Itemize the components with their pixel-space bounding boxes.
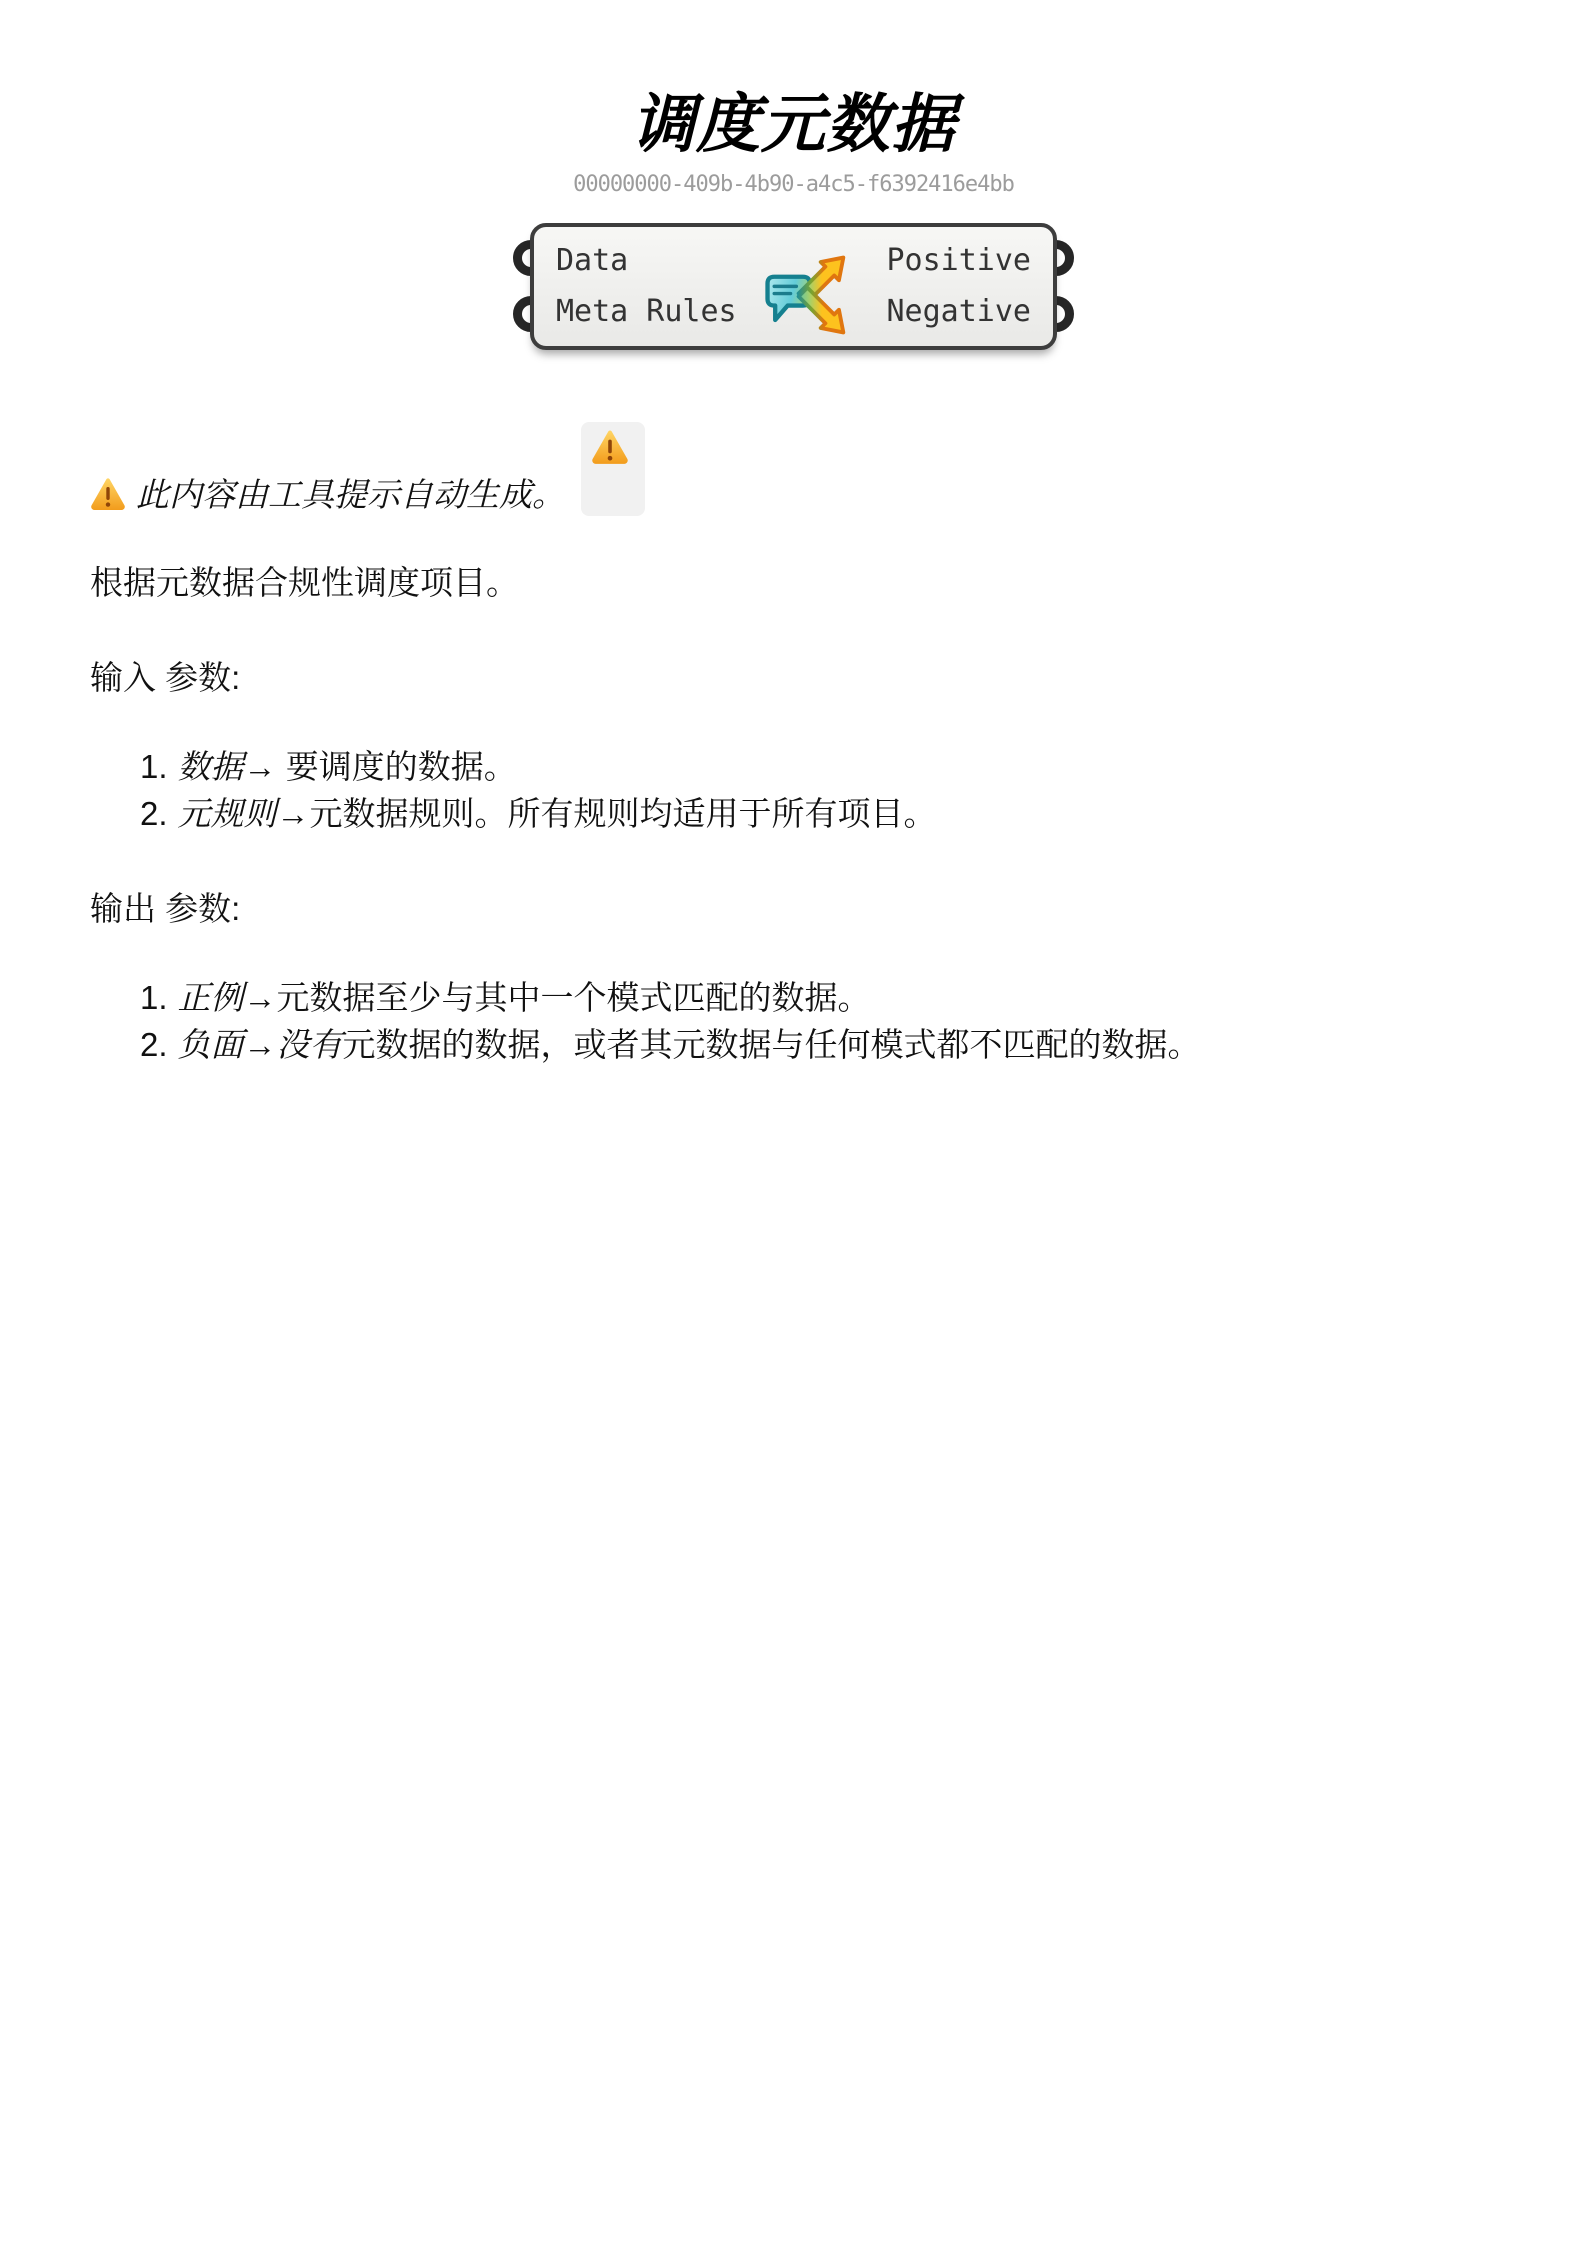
output-label-negative: Negative xyxy=(887,294,1032,329)
outputs-list: 1.正例→元数据至少与其中一个模式匹配的数据。 2.负面→没有元数据的数据，或者… xyxy=(90,974,1497,1068)
param-description: →元数据规则。所有规则均适用于所有项目。 xyxy=(277,795,937,832)
page-title: 调度元数据 xyxy=(90,88,1497,162)
outputs-heading: 输出 参数: xyxy=(90,883,1497,930)
input-label-data: Data xyxy=(556,243,737,278)
input-label-meta-rules: Meta Rules xyxy=(556,294,737,329)
param-description: → 要调度的数据。 xyxy=(244,748,517,785)
list-item: 2.负面→没有元数据的数据，或者其元数据与任何模式都不匹配的数据。 xyxy=(140,1021,1497,1068)
notice-text: 此内容由工具提示自动生成。 xyxy=(136,476,565,513)
warning-triangle-icon xyxy=(581,422,645,516)
param-name: 负面→没有 xyxy=(178,1026,343,1063)
component-input-labels: Data Meta Rules xyxy=(556,235,737,338)
component-uuid: 00000000-409b-4b90-a4c5-f6392416e4bb xyxy=(90,172,1497,197)
list-number: 2. xyxy=(140,1021,168,1068)
list-number: 2. xyxy=(140,790,168,837)
param-name: 元规则 xyxy=(178,795,277,832)
document-page: 调度元数据 00000000-409b-4b90-a4c5-f6392416e4… xyxy=(0,0,1587,1068)
param-name: 数据 xyxy=(178,748,244,785)
inputs-heading: 输入 参数: xyxy=(90,652,1497,699)
component-description: 根据元数据合规性调度项目。 xyxy=(90,560,1497,606)
component-output-labels: Positive Negative xyxy=(887,235,1032,338)
warning-triangle-icon xyxy=(90,476,126,512)
list-item: 1.数据→ 要调度的数据。 xyxy=(140,743,1497,790)
inputs-list: 1.数据→ 要调度的数据。 2.元规则→元数据规则。所有规则均适用于所有项目。 xyxy=(90,743,1497,837)
list-number: 1. xyxy=(140,743,168,790)
param-description: →元数据至少与其中一个模式匹配的数据。 xyxy=(244,979,871,1016)
param-name: 正例 xyxy=(178,979,244,1016)
grasshopper-component: Data Meta Rules Positive Negative xyxy=(530,223,1057,350)
param-description: 元数据的数据，或者其元数据与任何模式都不匹配的数据。 xyxy=(343,1026,1201,1063)
list-number: 1. xyxy=(140,974,168,1021)
output-label-positive: Positive xyxy=(887,243,1032,278)
list-item: 2.元规则→元数据规则。所有规则均适用于所有项目。 xyxy=(140,790,1497,837)
auto-generated-notice: 此内容由工具提示自动生成。 xyxy=(90,422,1497,516)
list-item: 1.正例→元数据至少与其中一个模式匹配的数据。 xyxy=(140,974,1497,1021)
dispatch-speech-bubble-fork-icon xyxy=(756,247,852,343)
